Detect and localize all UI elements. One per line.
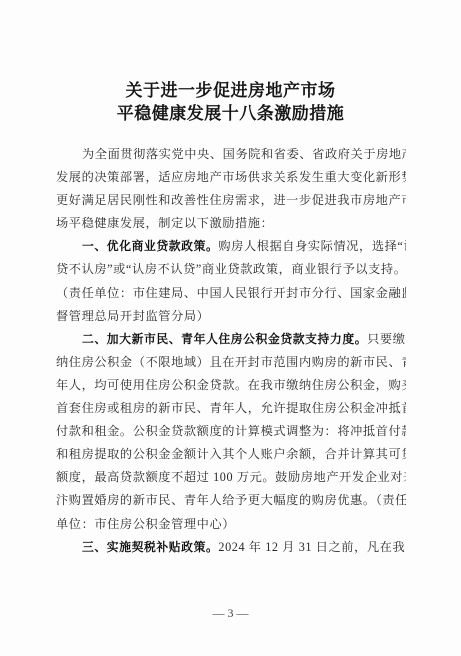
section-1-text: 购房人根据自身实际情况，选择“认 bbox=[218, 239, 406, 253]
section-1-line: 贷不认房”或“认房不认贷”商业贷款政策，商业银行予以支持。 bbox=[56, 258, 406, 281]
section-3-heading: 三、实施契税补贴政策。 bbox=[82, 540, 218, 554]
document-body: 为全面贯彻落实党中央、国务院和省委、省政府关于房地产 发展的决策部署，适应房地产… bbox=[56, 143, 406, 559]
intro-line: 场平稳健康发展，制定以下激励措施： bbox=[56, 212, 406, 235]
section-2-first-line: 二、加大新市民、青年人住房公积金贷款支持力度。只要缴 bbox=[56, 328, 406, 351]
intro-line: 更好满足居民刚性和改善性住房需求，进一步促进我市房地产市 bbox=[56, 189, 406, 212]
section-2-text: 只要缴 bbox=[367, 332, 405, 346]
intro-line: 发展的决策部署，适应房地产市场供求关系发生重大变化新形势， bbox=[56, 166, 406, 189]
section-2-line: 和租房提取的公积金金额计入其个人账户余额，合并计算其可贷 bbox=[56, 443, 406, 466]
section-2-line: 单位：市住房公积金管理中心） bbox=[56, 513, 406, 536]
section-1-first-line: 一、优化商业贷款政策。购房人根据自身实际情况，选择“认 bbox=[56, 235, 406, 258]
section-2-line: 首套住房或租房的新市民、青年人，允许提取住房公积金冲抵首 bbox=[56, 397, 406, 420]
section-1-heading: 一、优化商业贷款政策。 bbox=[82, 239, 218, 253]
document-title-line-1: 关于进一步促进房地产市场 bbox=[0, 76, 461, 101]
section-2-line: 纳住房公积金（不限地域）且在开封市范围内购房的新市民、青 bbox=[56, 351, 406, 374]
document-title-line-2: 平稳健康发展十八条激励措施 bbox=[0, 99, 461, 124]
section-2-heading: 二、加大新市民、青年人住房公积金贷款支持力度。 bbox=[82, 332, 367, 346]
section-2-line: 额度，最高贷款额度不超过 100 万元。鼓励房地产开发企业对来 bbox=[56, 466, 406, 489]
page-number: — 3 — bbox=[0, 606, 461, 621]
section-3-first-line: 三、实施契税补贴政策。2024 年 12 月 31 日之前，凡在我 bbox=[56, 536, 406, 559]
section-1-line: 督管理总局开封监管分局） bbox=[56, 305, 406, 328]
document-page: 关于进一步促进房地产市场 平稳健康发展十八条激励措施 为全面贯彻落实党中央、国务… bbox=[0, 0, 461, 656]
section-1-line: （责任单位：市住建局、中国人民银行开封市分行、国家金融监 bbox=[56, 282, 406, 305]
section-2-line: 年人，均可使用住房公积金贷款。在我市缴纳住房公积金，购买 bbox=[56, 374, 406, 397]
section-2-line: 付款和租金。公积金贷款额度的计算模式调整为：将冲抵首付款 bbox=[56, 420, 406, 443]
intro-line: 为全面贯彻落实党中央、国务院和省委、省政府关于房地产 bbox=[56, 143, 406, 166]
section-3-text: 2024 年 12 月 31 日之前，凡在我 bbox=[218, 540, 405, 554]
section-2-line: 汴购置婚房的新市民、青年人给予更大幅度的购房优惠。（责任 bbox=[56, 489, 406, 512]
